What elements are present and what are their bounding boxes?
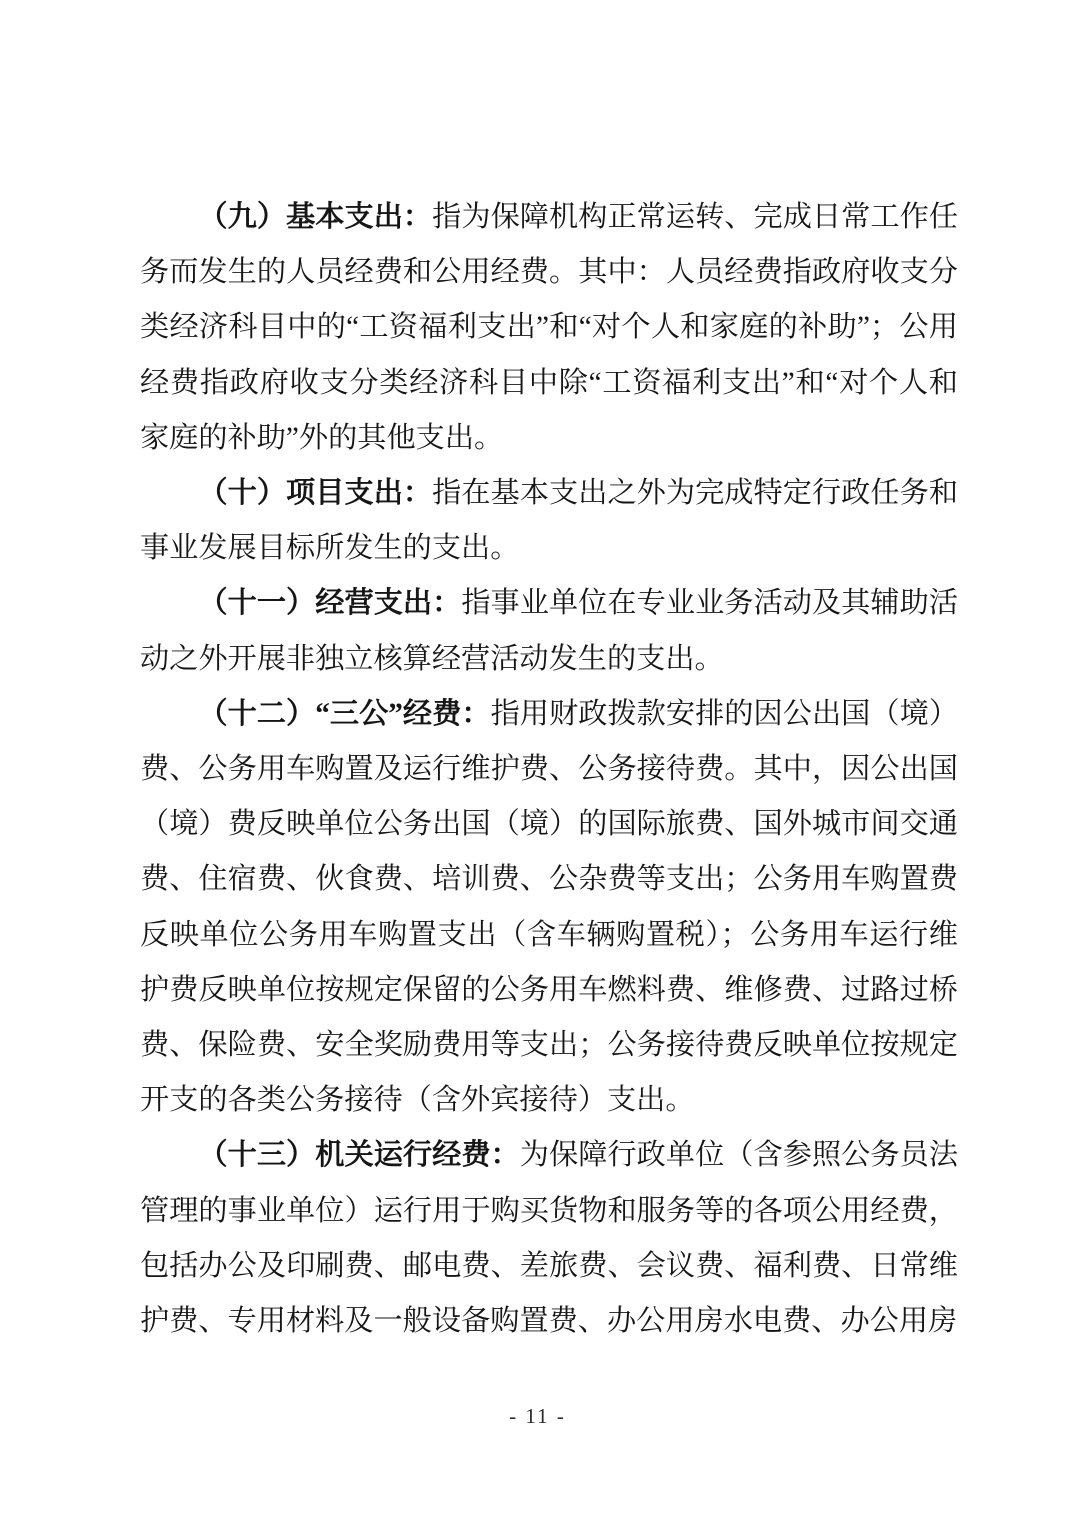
paragraph-heading: （十）项目支出： <box>198 477 432 509</box>
paragraph-agency-operating-funds: （十三）机关运行经费：为保障行政单位（含参照公务员法管理的事业单位）运行用于购买… <box>140 1128 958 1349</box>
paragraph-heading: （十一）经营支出： <box>198 587 461 619</box>
page-number: - 11 - <box>0 1403 1075 1429</box>
paragraph-basic-expenditure: （九）基本支出：指为保障机构正常运转、完成日常工作任务而发生的人员经费和公用经费… <box>140 190 958 466</box>
paragraph-heading: （十三）机关运行经费： <box>198 1139 519 1171</box>
paragraph-project-expenditure: （十）项目支出：指在基本支出之外为完成特定行政任务和事业发展目标所发生的支出。 <box>140 466 958 576</box>
paragraph-heading: （十二）“三公”经费： <box>198 698 490 730</box>
paragraph-body: 指用财政拨款安排的因公出国（境）费、公务用车购置及运行维护费、公务接待费。其中，… <box>140 698 958 1116</box>
paragraph-three-public-funds: （十二）“三公”经费：指用财政拨款安排的因公出国（境）费、公务用车购置及运行维护… <box>140 687 958 1129</box>
paragraph-operating-expenditure: （十一）经营支出：指事业单位在专业业务活动及其辅助活动之外开展非独立核算经营活动… <box>140 576 958 686</box>
document-body: （九）基本支出：指为保障机构正常运转、完成日常工作任务而发生的人员经费和公用经费… <box>140 190 958 1349</box>
document-page: （九）基本支出：指为保障机构正常运转、完成日常工作任务而发生的人员经费和公用经费… <box>0 0 1075 1520</box>
paragraph-heading: （九）基本支出： <box>198 201 432 233</box>
paragraph-body: 指为保障机构正常运转、完成日常工作任务而发生的人员经费和公用经费。其中：人员经费… <box>140 201 958 454</box>
